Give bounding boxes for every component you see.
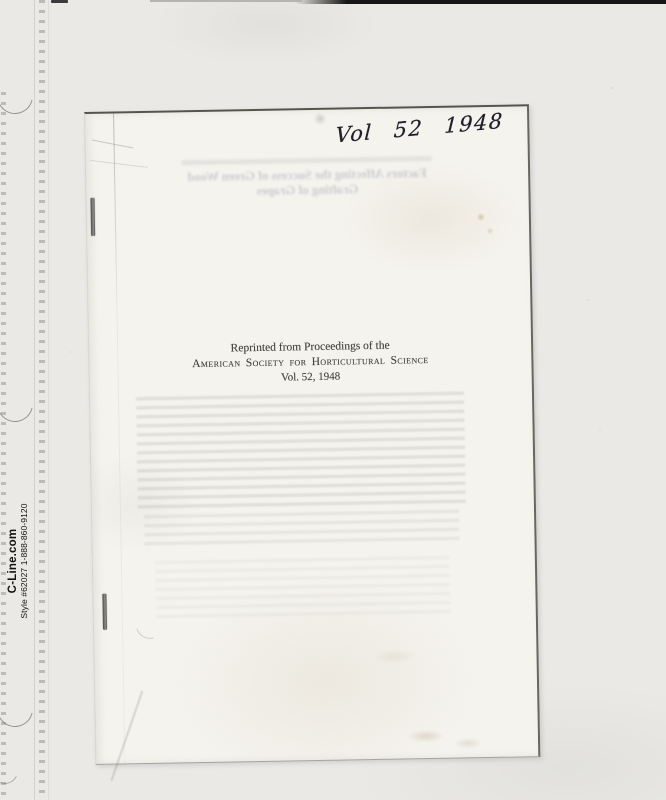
sleeve-style-number: Style #62027 1-888-860-9120 xyxy=(20,486,30,636)
sleeve-seam-line xyxy=(34,0,35,800)
scan-edge-artifact-dark xyxy=(295,0,666,4)
sleeve-edge-line xyxy=(48,0,49,800)
binder-hole-corner xyxy=(0,754,22,787)
spine-crease xyxy=(113,113,125,763)
paper-wrinkle xyxy=(90,160,148,168)
bleedthrough-title: Factors Affecting the Success of Green W… xyxy=(86,164,528,202)
paper-crease xyxy=(110,691,143,781)
staple-bottom xyxy=(102,594,107,630)
bleedthrough-line xyxy=(182,156,432,165)
reprint-imprint: Reprinted from Proceedings of the Americ… xyxy=(89,336,532,389)
scan-edge-artifact-dash xyxy=(51,0,68,3)
scanned-page: C-Line.com Style #62027 1-888-860-9120 V… xyxy=(0,0,666,800)
sleeve-brand-text: C-Line.com Style #62027 1-888-860-9120 xyxy=(7,486,39,636)
sleeve-perforation-right xyxy=(39,0,45,800)
staple-top xyxy=(91,198,96,236)
bleedthrough-paragraph xyxy=(144,510,460,551)
bleedthrough-paragraph xyxy=(155,556,451,619)
pamphlet-cover: Vol 52 1948 Factors Affecting the Succes… xyxy=(84,104,540,765)
bleedthrough-paragraph xyxy=(136,391,466,509)
handwritten-note: Vol 52 1948 xyxy=(335,109,504,148)
scan-edge-artifact-faint xyxy=(150,0,302,2)
